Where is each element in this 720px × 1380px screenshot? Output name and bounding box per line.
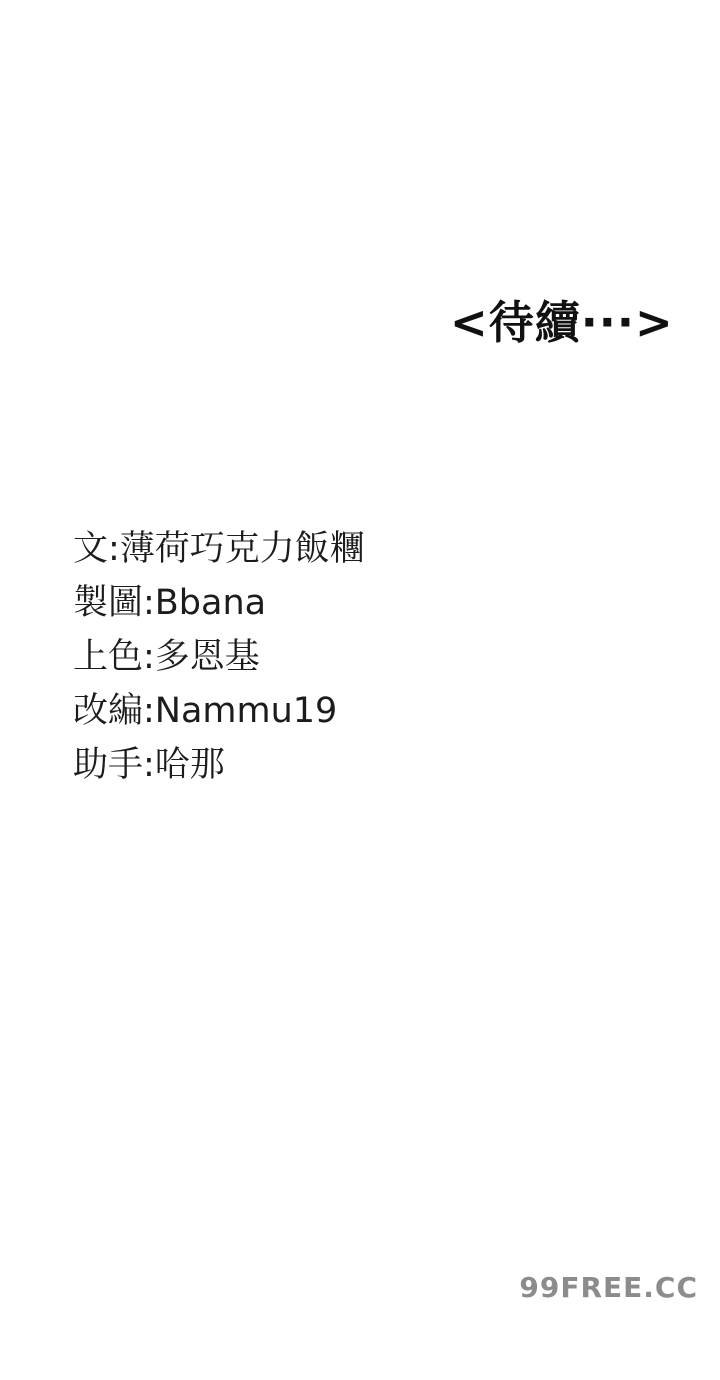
credit-line-assistant: 助手:哈那 — [73, 738, 365, 792]
site-watermark: 99FREE.CC — [519, 1271, 698, 1304]
credit-line-colorist: 上色:多恩基 — [73, 630, 365, 684]
credits-block: 文:薄荷巧克力飯糰 製圖:Bbana 上色:多恩基 改編:Nammu19 助手:… — [73, 522, 365, 792]
to-be-continued-heading: <待續···> — [450, 286, 630, 351]
credit-line-adaptation: 改編:Nammu19 — [73, 684, 365, 738]
credit-line-writer: 文:薄荷巧克力飯糰 — [73, 522, 365, 576]
comic-end-page: <待續···> 文:薄荷巧克力飯糰 製圖:Bbana 上色:多恩基 改編:Nam… — [0, 0, 720, 1380]
credit-line-artist: 製圖:Bbana — [73, 576, 365, 630]
